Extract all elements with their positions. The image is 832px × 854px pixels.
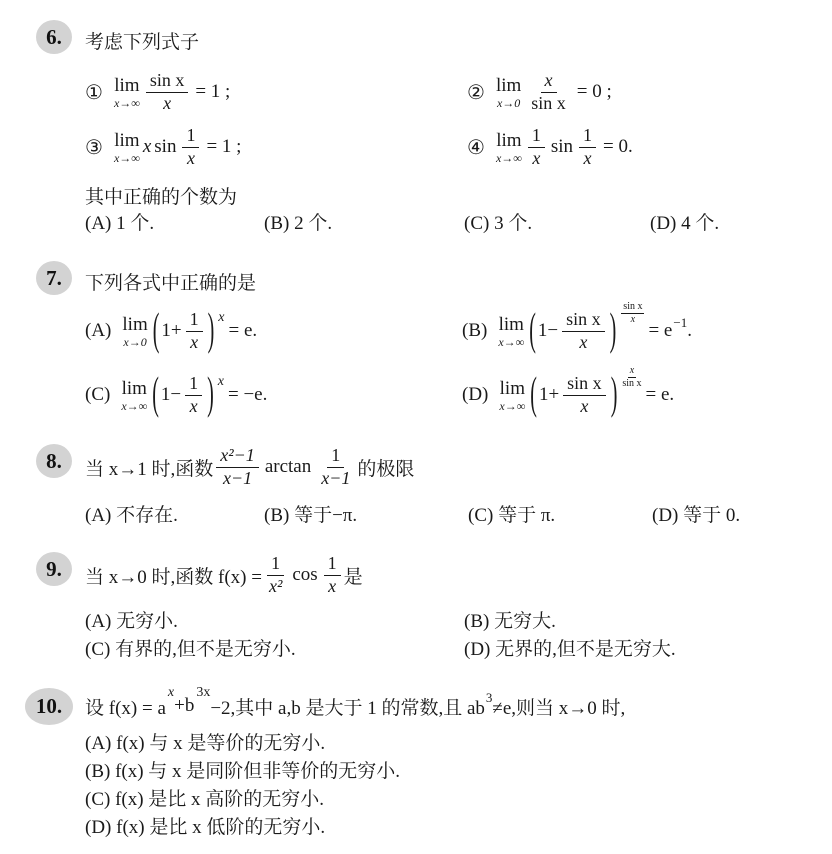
option-label: (B)	[462, 320, 487, 342]
fraction: sin x x	[562, 309, 605, 353]
limit-operator: lim x→0	[496, 76, 521, 109]
exponent: 3x	[196, 685, 210, 701]
left-paren: (	[529, 305, 536, 357]
q7-option-c: (C) lim x→∞ ( 1− 1 x ) x = −e.	[85, 366, 267, 424]
question-8-number-badge: 8.	[36, 444, 72, 478]
q6-option-c: (C) 3 个.	[464, 208, 532, 235]
right-paren: )	[611, 369, 618, 421]
limit-operator: lim x→∞	[498, 315, 524, 348]
fraction: 1 x	[579, 125, 596, 169]
question-6-title: 考虑下列式子	[85, 27, 199, 54]
q6-formula-4: ④ lim x→∞ 1 x sin 1 x = 0.	[467, 121, 633, 173]
q6-stem-continuation: 其中正确的个数为	[85, 182, 237, 209]
limit-operator: lim x→∞	[496, 131, 522, 164]
result-exponent: −1	[673, 315, 687, 331]
q7-option-d: (D) lim x→∞ ( 1+ sin x x ) x sin x = e.	[462, 366, 674, 424]
stem-text: 当 x→0 时,函数 f(x) =	[85, 562, 262, 589]
left-paren: (	[530, 369, 537, 421]
fraction: 1 x	[182, 125, 199, 169]
question-6-number-badge: 6.	[36, 20, 72, 54]
q8-stem: 当 x→1 时,函数 x²−1 x−1 arctan 1 x−1 的极限	[85, 438, 414, 496]
exponent-fraction: sin x x	[621, 301, 644, 325]
option-label: (A)	[85, 320, 111, 342]
q6-formula-3: ③ lim x→∞ x sin 1 x = 1 ;	[85, 121, 241, 173]
fraction: sin x x	[146, 70, 189, 114]
equation-result: = 1 ;	[206, 136, 241, 158]
limit-operator: lim x→∞	[121, 379, 147, 412]
variable-x: x	[143, 136, 151, 158]
exponent: 3	[486, 690, 493, 706]
exponent-fraction: x sin x	[622, 365, 641, 389]
stem-text: 的极限	[357, 454, 414, 481]
q9-option-c: (C) 有界的,但不是无穷小.	[85, 634, 296, 661]
option-label: (C)	[85, 384, 110, 406]
q7-option-a: (A) lim x→0 ( 1+ 1 x ) x = e.	[85, 302, 257, 360]
equation-result: = 0.	[603, 136, 633, 158]
circled-2-marker: ②	[467, 80, 485, 105]
stem-text: 当 x→1 时,函数	[85, 454, 213, 481]
circled-3-marker: ③	[85, 135, 103, 160]
q9-stem: 当 x→0 时,函数 f(x) = 1 x² cos 1 x 是	[85, 548, 363, 602]
q6-option-d: (D) 4 个.	[650, 208, 719, 235]
q8-option-c: (C) 等于 π.	[468, 500, 555, 527]
question-7-number-badge: 7.	[36, 261, 72, 295]
stem-text: ≠e,则当 x→0 时,	[492, 693, 625, 720]
stem-text: 设 f(x) = a	[85, 693, 166, 720]
question-10-number-badge: 10.	[25, 688, 73, 725]
fraction: x²−1 x−1	[216, 445, 259, 489]
q10-stem: 设 f(x) = ax+b3x−2,其中 a,b 是大于 1 的常数,且 ab3…	[85, 690, 625, 722]
term: 1−	[538, 320, 558, 342]
option-label: (D)	[462, 384, 488, 406]
equation-result: = 1 ;	[195, 81, 230, 103]
q6-formula-1: ① lim x→∞ sin x x = 1 ;	[85, 66, 230, 118]
term: 1+	[161, 320, 181, 342]
right-paren: )	[207, 369, 214, 421]
arctan-function: arctan	[265, 456, 311, 478]
q9-option-b: (B) 无穷大.	[464, 606, 556, 633]
q8-option-d: (D) 等于 0.	[652, 500, 740, 527]
fraction: sin x x	[563, 373, 606, 417]
q10-option-b: (B) f(x) 与 x 是同阶但非等价的无穷小.	[85, 756, 400, 783]
right-paren: )	[208, 305, 215, 357]
fraction: 1 x²	[265, 553, 286, 597]
q7-option-b: (B) lim x→∞ ( 1− sin x x ) sin x x = e −…	[462, 302, 692, 360]
question-7-title: 下列各式中正确的是	[85, 268, 256, 295]
equation-result: = −e.	[228, 384, 267, 406]
fraction: 1 x−1	[317, 445, 354, 489]
term: 1+	[539, 384, 559, 406]
limit-operator: lim x→∞	[499, 379, 525, 412]
sin-function: sin	[551, 136, 573, 158]
equation-result: = e.	[229, 320, 258, 342]
fraction: 1 x	[528, 125, 545, 169]
stem-text: −2,其中 a,b 是大于 1 的常数,且 ab	[210, 693, 485, 720]
stem-text: +b	[174, 695, 194, 717]
left-paren: (	[152, 369, 159, 421]
q6-option-b: (B) 2 个.	[264, 208, 332, 235]
q8-option-b: (B) 等于−π.	[264, 500, 357, 527]
fraction: 1 x	[186, 309, 203, 353]
exponent: x	[218, 310, 224, 326]
stem-text: 是	[344, 562, 363, 589]
right-paren: )	[610, 305, 617, 357]
limit-operator: lim x→∞	[114, 131, 140, 164]
q6-option-a: (A) 1 个.	[85, 208, 154, 235]
left-paren: (	[153, 305, 160, 357]
circled-4-marker: ④	[467, 135, 485, 160]
period: .	[687, 320, 692, 342]
sin-function: sin	[154, 136, 176, 158]
fraction: 1 x	[185, 373, 202, 417]
q10-option-c: (C) f(x) 是比 x 高阶的无穷小.	[85, 784, 324, 811]
equation-result: = e.	[646, 384, 675, 406]
q9-option-a: (A) 无穷小.	[85, 606, 178, 633]
q10-option-d: (D) f(x) 是比 x 低阶的无穷小.	[85, 812, 325, 839]
q6-formula-2: ② lim x→0 x sin x = 0 ;	[467, 66, 612, 118]
q9-option-d: (D) 无界的,但不是无穷大.	[464, 634, 676, 661]
equation-result: = e	[648, 320, 672, 342]
fraction: 1 x	[324, 553, 341, 597]
cos-function: cos	[292, 564, 317, 586]
equation-result: = 0 ;	[577, 81, 612, 103]
circled-1-marker: ①	[85, 80, 103, 105]
q10-option-a: (A) f(x) 与 x 是等价的无穷小.	[85, 728, 325, 755]
q8-option-a: (A) 不存在.	[85, 500, 178, 527]
limit-operator: lim x→0	[122, 315, 147, 348]
limit-operator: lim x→∞	[114, 76, 140, 109]
term: 1−	[161, 384, 181, 406]
exponent: x	[168, 685, 174, 701]
fraction: x sin x	[527, 70, 570, 114]
exponent: x	[218, 374, 224, 390]
question-9-number-badge: 9.	[36, 552, 72, 586]
